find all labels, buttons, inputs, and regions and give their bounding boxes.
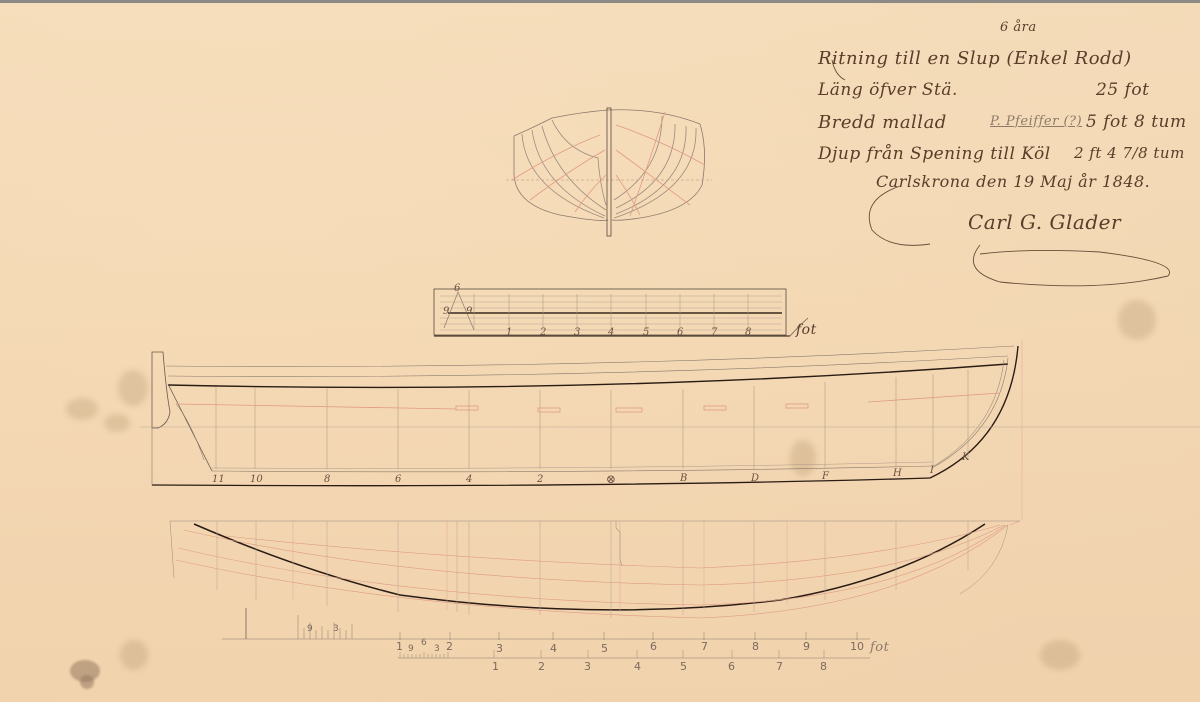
station-label: H — [893, 468, 902, 479]
inscription-length-value: 25 fot — [1096, 80, 1149, 100]
scale-tick-label: 7 — [711, 327, 717, 338]
profile-plan — [140, 340, 1200, 520]
scale-upper-tick: 2 — [446, 640, 453, 653]
inscription-depth-value: 2 ft 4 7/8 tum — [1074, 144, 1185, 162]
scale-lower-tick: 7 — [776, 660, 783, 673]
inscription-superscript: 6 åra — [1000, 20, 1037, 35]
scale-small-division: 9 — [408, 644, 414, 654]
scale-tick-label: 2 — [540, 327, 546, 338]
scale-lower-tick: 4 — [634, 660, 641, 673]
inscription-place-date: Carlskrona den 19 Maj år 1848. — [876, 172, 1150, 191]
scale-upper-tick: 4 — [550, 642, 557, 655]
scale-tick-label: 6 — [677, 327, 683, 338]
half-breadth-plan — [170, 521, 1020, 618]
scale-tick-label: 8 — [745, 327, 751, 338]
station-label: 2 — [537, 474, 543, 485]
station-label: I — [930, 465, 934, 476]
station-label: 8 — [324, 474, 330, 485]
scale-lower-tick: 5 — [680, 660, 687, 673]
scale-corner-label: 9 — [466, 306, 472, 317]
station-label: 11 — [212, 474, 225, 485]
scale-lower-tick: 6 — [728, 660, 735, 673]
inscription-breadth-value: 5 fot 8 tum — [1086, 112, 1187, 132]
station-label: F — [822, 471, 829, 482]
scale-small-division: 3 — [434, 644, 440, 654]
scale-upper-tick: 7 — [701, 640, 708, 653]
scale-small-division: 6 — [421, 638, 427, 648]
scale-upper-tick: 6 — [650, 640, 657, 653]
scale-corner-label: 9 — [443, 306, 449, 317]
scale-upper-tick: 8 — [752, 640, 759, 653]
body-plan — [506, 108, 712, 236]
scale-tick-label: 4 — [608, 327, 614, 338]
scale-upper-unit: fot — [870, 640, 889, 655]
scale-upper-tick: 3 — [496, 642, 503, 655]
inscription-breadth-note: P. Pfeiffer (?) — [990, 114, 1082, 129]
scale-lower-tick: 3 — [584, 660, 591, 673]
station-label: 10 — [250, 474, 263, 485]
scale-lower-tick: 1 — [492, 660, 499, 673]
scale-upper-tick: 1 — [396, 640, 403, 653]
station-label-midship: ⊗ — [606, 472, 616, 486]
station-label: D — [751, 473, 759, 484]
scale-upper-tick: 10 — [850, 640, 864, 653]
bottom-scale — [222, 608, 870, 658]
station-label: 6 — [395, 474, 401, 485]
scale-tick-label: 1 — [506, 327, 512, 338]
scale-tick-label: 3 — [574, 327, 580, 338]
inscription-breadth-label: Bredd mallad — [818, 112, 947, 133]
scale-left-division: 9 — [307, 624, 313, 634]
inscription-depth-label: Djup från Spening till Köl — [818, 144, 1051, 164]
scale-left-division: 3 — [333, 624, 339, 634]
small-scale-bar — [434, 289, 808, 336]
station-label: B — [680, 473, 687, 484]
scale-upper-tick: 9 — [803, 640, 810, 653]
scale-upper-tick: 5 — [601, 642, 608, 655]
scale-corner-label: 6 — [454, 283, 460, 294]
inscription-length-label: Läng öfver Stä. — [818, 80, 958, 100]
inscription-title: Ritning till en Slup (Enkel Rodd) — [818, 48, 1132, 69]
scale-lower-tick: 2 — [538, 660, 545, 673]
scale-tick-label: 5 — [643, 327, 649, 338]
station-label: 4 — [466, 474, 472, 485]
scale-lower-tick: 8 — [820, 660, 827, 673]
inscription-signature: Carl G. Glader — [968, 210, 1121, 234]
scale-unit-label: fot — [796, 322, 817, 338]
ship-drawing — [0, 0, 1200, 702]
station-label: K — [962, 452, 969, 463]
